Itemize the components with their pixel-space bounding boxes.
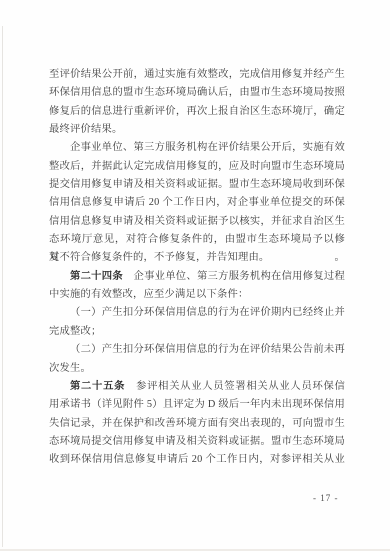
body-line: 修复后的信息进行重新评价，再次上报自治区生态环境厅，确定	[49, 103, 345, 121]
body-line: 最终评价结果。	[49, 121, 345, 139]
body-line-article-25: 第二十五条 参评相关从业人员签署相关从业人员环保信	[49, 378, 345, 396]
body-line: 完成整改；	[49, 323, 345, 341]
body-line: 失信记录，并在保护和改善环境方面有突出表现的，可向盟市生	[49, 415, 345, 433]
body-line: 收到环保信用信息修复申请后 20 个工作日内，对参评相关从业	[49, 451, 345, 469]
page-left-edge	[2, 26, 3, 547]
body-line: 态环境厅意见，对符合修复条件的，由盟市生态环境局予以修复。	[49, 231, 345, 249]
body-line: 中实施的有效整改，应至少满足以下条件：	[49, 286, 345, 304]
article-number-label: 第二十五条	[70, 381, 125, 392]
body-line: 提交信用修复申请及相关资料或证据。盟市生态环境局收到环保	[49, 176, 345, 194]
body-line: 用承诺书（详见附件 5）且评定为 D 级后一年内未出现环保信用	[49, 396, 345, 414]
document-page: 至评价结果公开前，通过实施有效整改，完成信用修复并经产生 环保信用信息的盟市生态…	[0, 0, 390, 551]
document-body: 至评价结果公开前，通过实施有效整改，完成信用修复并经产生 环保信用信息的盟市生态…	[49, 66, 345, 470]
body-line: 企事业单位、第三方服务机构在评价结果公开后，实施有效	[49, 139, 345, 157]
page-number: - 17 -	[313, 493, 339, 503]
body-line: 至评价结果公开前，通过实施有效整改，完成信用修复并经产生	[49, 66, 345, 84]
body-line: 次发生。	[49, 360, 345, 378]
body-line: 信用信息修复申请及相关资料或证据予以核实，并征求自治区生	[49, 213, 345, 231]
body-line-item-1: （一）产生扣分环保信用信息的行为在评价期内已经终止并	[49, 304, 345, 322]
article-number-label: 第二十四条	[70, 271, 123, 282]
body-line-item-2: （二）产生扣分环保信用信息的行为在评价结果公告前未再	[49, 341, 345, 359]
body-line-article-24: 第二十四条 企事业单位、第三方服务机构在信用修复过程	[49, 268, 345, 286]
body-line: 环保信用信息的盟市生态环境局确认后，由盟市生态环境局按照	[49, 84, 345, 102]
body-line: 信用信息修复申请后 20 个工作日内，对企事业单位提交的环保	[49, 194, 345, 212]
body-line: 态环境局提交信用修复申请及相关资料或证据。盟市生态环境局	[49, 433, 345, 451]
body-line: 整改后，并据此认定完成信用修复的，应及时向盟市生态环境局	[49, 158, 345, 176]
